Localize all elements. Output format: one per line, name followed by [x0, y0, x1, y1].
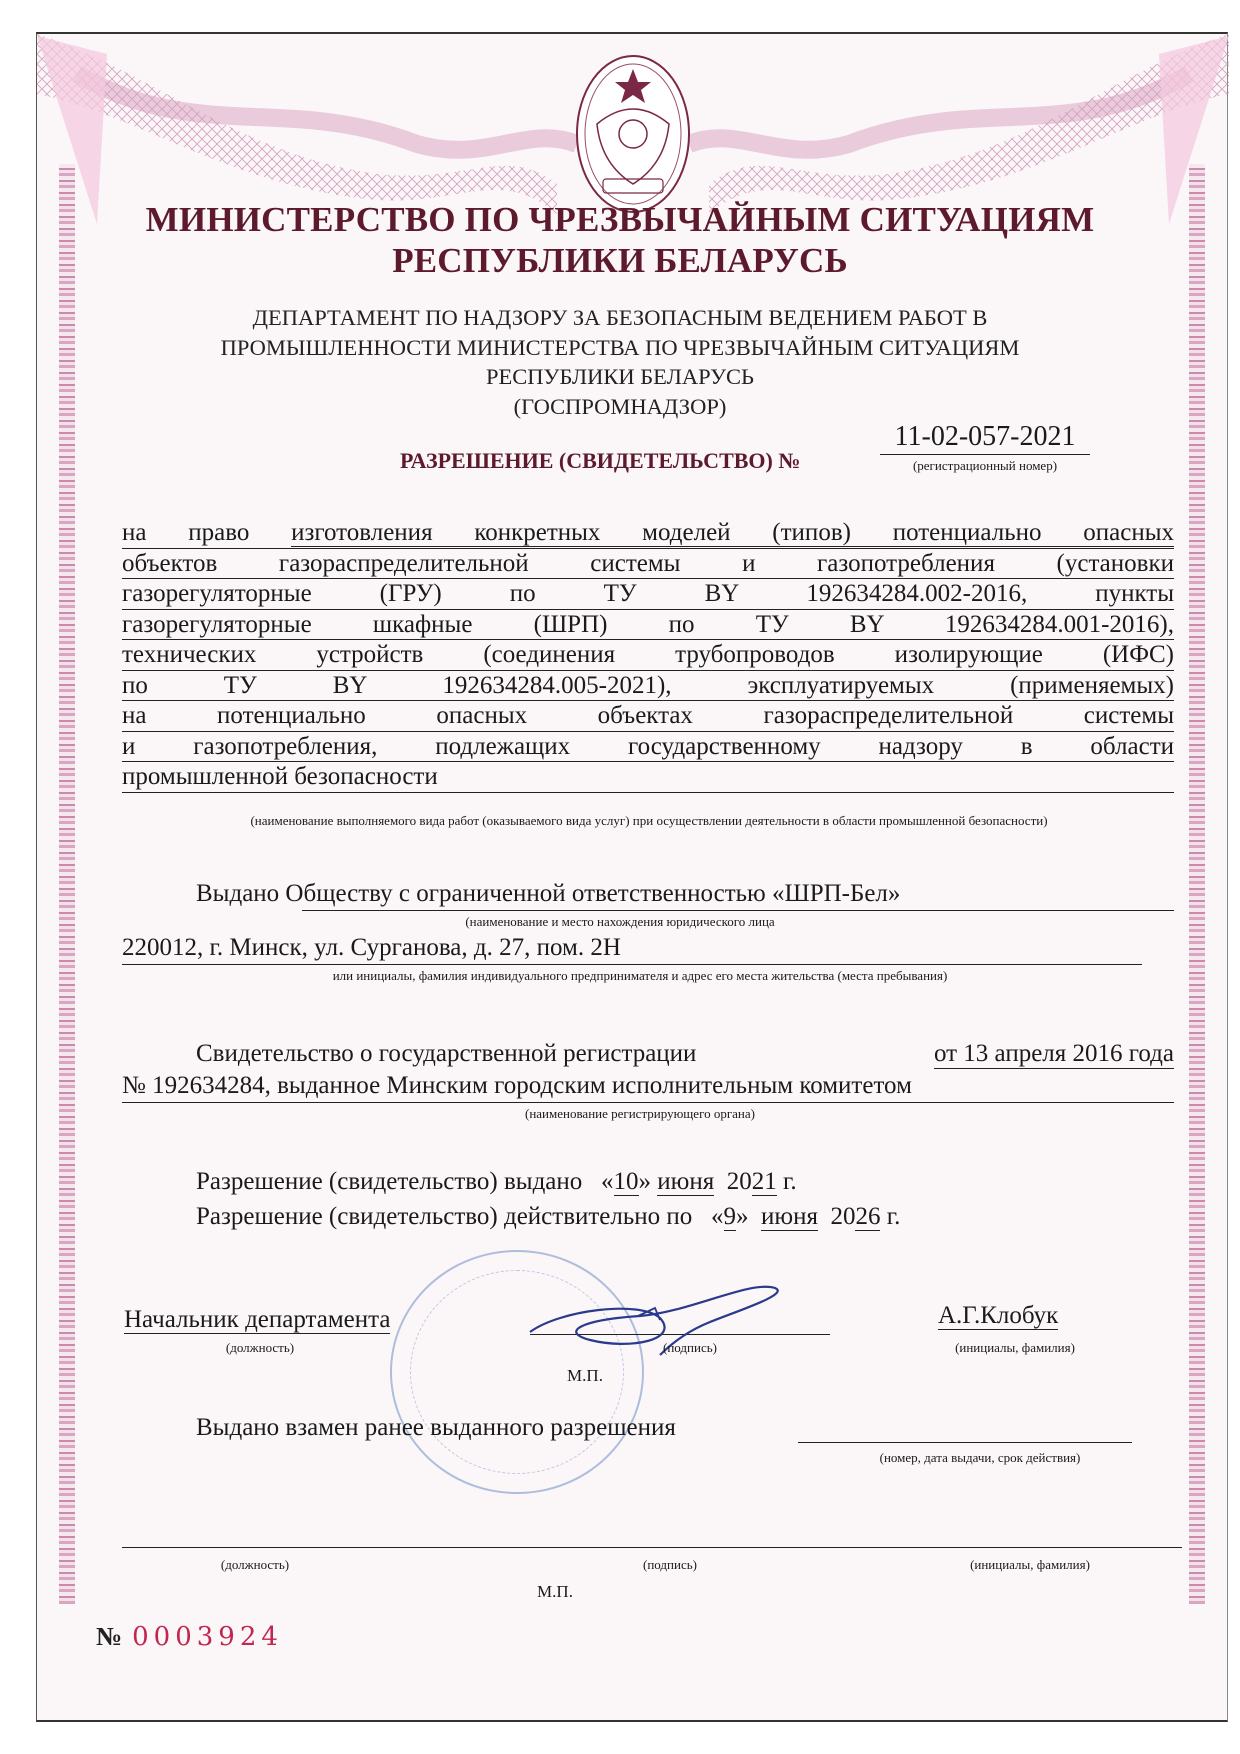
department-abbreviation: (ГОСПРОМНАДЗОР)	[0, 394, 1240, 420]
registration-date: от 13 апреля 2016 года	[934, 1040, 1174, 1069]
issued-day: 10	[614, 1168, 639, 1196]
scope-prefix: на право	[122, 519, 249, 546]
certificate-sheet	[36, 32, 1228, 1722]
issued-date-line: Разрешение (свидетельство) выдано «10» и…	[196, 1168, 797, 1196]
signature-caption: (подпись)	[640, 1340, 740, 1356]
valid-day: 9	[724, 1203, 737, 1231]
issued-to-name: Обществу с ограниченной ответственностью…	[285, 880, 900, 907]
signatory-name-text: А.Г.Клобук	[938, 1302, 1058, 1330]
department-line1: ДЕПАРТАМЕНТ ПО НАДЗОРУ ЗА БЕЗОПАСНЫМ ВЕД…	[0, 305, 1240, 331]
address-underline	[122, 964, 1142, 965]
issued-to-address-caption: или инициалы, фамилия индивидуального пр…	[240, 968, 1040, 984]
issued-year-prefix: 20	[727, 1168, 752, 1195]
scope-line: и газопотребления, подлежащих государств…	[122, 732, 1174, 763]
valid-year-abbr: г.	[887, 1203, 901, 1230]
signatory-name-caption: (инициалы, фамилия)	[920, 1340, 1110, 1356]
registration-label: Свидетельство о государственной регистра…	[196, 1040, 696, 1069]
valid-year-suffix: 26	[855, 1203, 880, 1231]
replacement-caption: (номер, дата выдачи, срок действия)	[840, 1450, 1120, 1466]
registration-underline	[122, 1102, 1174, 1103]
scope-of-work: на право изготовления конкретных моделей…	[122, 518, 1174, 793]
signatory-position-text: Начальник департамента	[124, 1306, 390, 1334]
seal-mark: М.П.	[540, 1366, 630, 1386]
signatory-name: А.Г.Клобук	[938, 1302, 1058, 1330]
ministry-title-line2: РЕСПУБЛИКИ БЕЛАРУСЬ	[0, 241, 1240, 281]
registration-number-caption: (регистрационный номер)	[880, 458, 1090, 474]
valid-year-prefix: 20	[830, 1203, 855, 1230]
replacement-signature-line	[122, 1547, 1182, 1548]
valid-until-label: Разрешение (свидетельство) действительно…	[196, 1203, 692, 1230]
issued-date-label: Разрешение (свидетельство) выдано	[196, 1168, 582, 1195]
scope-line: газорегуляторные (ГРУ) по ТУ BY 19263428…	[122, 579, 1174, 610]
ministry-title-line1: МИНИСТЕРСТВО ПО ЧРЕЗВЫЧАЙНЫМ СИТУАЦИЯМ	[0, 200, 1240, 240]
replacement-name-caption: (инициалы, фамилия)	[940, 1557, 1120, 1573]
valid-until-line: Разрешение (свидетельство) действительно…	[196, 1203, 900, 1231]
scope-line: объектов газораспределительной системы и…	[122, 549, 1174, 580]
registration-caption: (наименование регистрирующего органа)	[420, 1106, 860, 1122]
registration-number-authority: № 192634284, выданное Минским городским …	[122, 1072, 912, 1100]
department-line2: ПРОМЫШЛЕННОСТИ МИНИСТЕРСТВА ПО ЧРЕЗВЫЧАЙ…	[0, 335, 1240, 361]
issued-to-address: 220012, г. Минск, ул. Сурганова, д. 27, …	[122, 934, 621, 962]
issued-year-suffix: 21	[752, 1168, 777, 1196]
signatory-position-caption: (должность)	[150, 1340, 370, 1356]
scope-line: промышленной безопасности	[122, 762, 1174, 793]
issued-month: июня	[657, 1168, 714, 1196]
issued-to-line: Выдано Обществу с ограниченной ответстве…	[196, 880, 900, 908]
registration-number: 11-02-057-2021	[880, 420, 1090, 455]
replacement-signature-caption: (подпись)	[620, 1557, 720, 1573]
replacement-position-caption: (должность)	[180, 1557, 330, 1573]
coat-of-arms-icon	[577, 56, 689, 212]
replacement-underline	[798, 1442, 1132, 1443]
scope-line: газорегуляторные шкафные (ШРП) по ТУ BY …	[122, 610, 1174, 641]
scope-line: по ТУ BY 192634284.005-2021), эксплуатир…	[122, 671, 1174, 702]
scope-line: на право изготовления конкретных моделей…	[122, 518, 1174, 549]
scope-line: технических устройств (соединения трубоп…	[122, 640, 1174, 671]
department-line3: РЕСПУБЛИКИ БЕЛАРУСЬ	[0, 364, 1240, 390]
issued-to-name-caption: (наименование и место нахождения юридиче…	[300, 914, 940, 930]
permit-title: РАЗРЕШЕНИЕ (СВИДЕТЕЛЬСТВО) №	[400, 448, 800, 474]
scope-text: изготовления конкретных моделей (типов) …	[291, 519, 1174, 547]
signatory-position: Начальник департамента	[124, 1306, 390, 1334]
issued-to-label: Выдано	[196, 880, 279, 907]
valid-month: июня	[761, 1203, 818, 1231]
replacement-seal-mark: М.П.	[510, 1582, 600, 1602]
scope-line: на потенциально опасных объектах газорас…	[122, 701, 1174, 732]
issued-year-abbr: г.	[783, 1168, 797, 1195]
scope-caption: (наименование выполняемого вида работ (о…	[124, 813, 1174, 829]
form-serial-number: №0003924	[96, 1622, 283, 1652]
serial-number: 0003924	[132, 1622, 283, 1652]
issued-to-underline	[302, 910, 1174, 911]
serial-prefix: №	[96, 1622, 122, 1651]
registration-line1: Свидетельство о государственной регистра…	[196, 1040, 1174, 1069]
replacement-label: Выдано взамен ранее выданного разрешения	[196, 1414, 676, 1442]
